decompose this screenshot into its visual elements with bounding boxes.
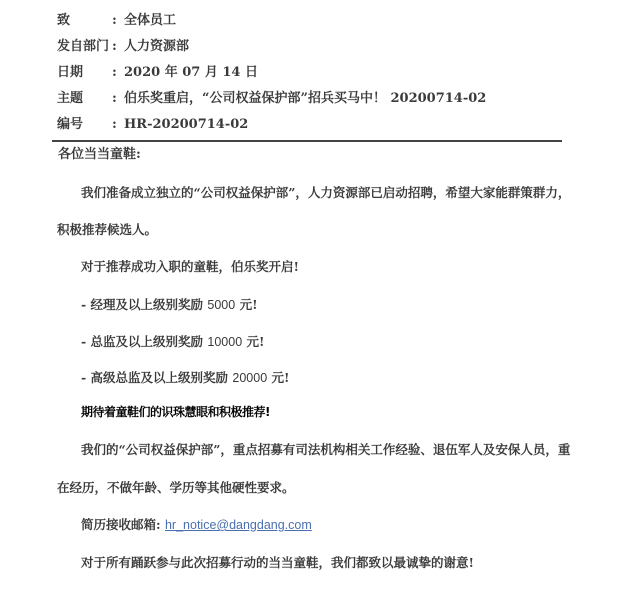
date-label: 日期: [57, 60, 83, 86]
resume-email-label: 简历接收邮箱:: [81, 517, 165, 532]
header-row-ref: 编号 : HR-20200714-02: [57, 112, 577, 138]
reward-item-senior-director: - 高级总监及以上级别奖励 20000 元!: [81, 368, 290, 388]
from-label: 发自部门: [57, 34, 109, 60]
intro-line-1: 我们准备成立独立的“公司权益保护部”，人力资源部已启动招聘，希望大家能群策群力，: [81, 183, 570, 203]
reward-unit: 元!: [242, 334, 264, 349]
intro-line-2: 积极推荐候选人。: [57, 220, 157, 240]
requirements-line-2: 在经历，不做年龄、学历等其他硬性要求。: [57, 478, 295, 498]
referral-bonus-announcement: 对于推荐成功入职的童鞋，伯乐奖开启!: [81, 257, 299, 277]
reward-label: - 经理及以上级别奖励: [81, 297, 207, 312]
from-value: 人力资源部: [124, 34, 189, 60]
resume-email-line: 简历接收邮箱: hr_notice@dangdang.com: [81, 515, 312, 535]
resume-email-link[interactable]: hr_notice@dangdang.com: [165, 518, 312, 532]
header-row-subject: 主题 : 伯乐奖重启，“公司权益保护部”招兵买马中！ 20200714-02: [57, 86, 577, 112]
reward-label: - 高级总监及以上级别奖励: [81, 370, 232, 385]
to-label: 致: [57, 8, 70, 34]
highlight-line: 期待着童鞋们的识珠慧眼和积极推荐!: [81, 402, 270, 422]
requirements-line-1: 我们的“公司权益保护部”，重点招募有司法机构相关工作经验、退伍军人及安保人员，重: [81, 440, 570, 460]
greeting: 各位当当童鞋:: [58, 145, 141, 165]
reward-unit: 元!: [235, 297, 257, 312]
header-divider: [52, 140, 562, 142]
reward-item-manager: - 经理及以上级别奖励 5000 元!: [81, 295, 258, 315]
ref-label: 编号: [57, 112, 83, 138]
reward-amount: 5000: [207, 298, 235, 312]
subject-label: 主题: [57, 86, 83, 112]
subject-colon: :: [112, 86, 117, 112]
date-colon: :: [112, 60, 117, 86]
reward-item-director: - 总监及以上级别奖励 10000 元!: [81, 332, 265, 352]
reward-label: - 总监及以上级别奖励: [81, 334, 207, 349]
closing-line: 对于所有踊跃参与此次招募行动的当当童鞋，我们都致以最诚挚的谢意!: [81, 553, 474, 573]
from-colon: :: [112, 34, 117, 60]
header-row-from: 发自部门 : 人力资源部: [57, 34, 577, 60]
reward-amount: 20000: [232, 371, 267, 385]
to-value: 全体员工: [124, 8, 176, 34]
ref-value: HR-20200714-02: [124, 112, 248, 138]
to-colon: :: [112, 8, 117, 34]
header-row-date: 日期 : 2020 年 07 月 14 日: [57, 60, 577, 86]
ref-colon: :: [112, 112, 117, 138]
reward-amount: 10000: [207, 335, 242, 349]
subject-value: 伯乐奖重启，“公司权益保护部”招兵买马中！ 20200714-02: [124, 86, 486, 112]
header-row-to: 致 : 全体员工: [57, 8, 577, 34]
reward-unit: 元!: [267, 370, 289, 385]
memo-header: 致 : 全体员工 发自部门 : 人力资源部 日期 : 2020 年 07 月 1…: [57, 8, 577, 138]
date-value: 2020 年 07 月 14 日: [124, 60, 258, 86]
